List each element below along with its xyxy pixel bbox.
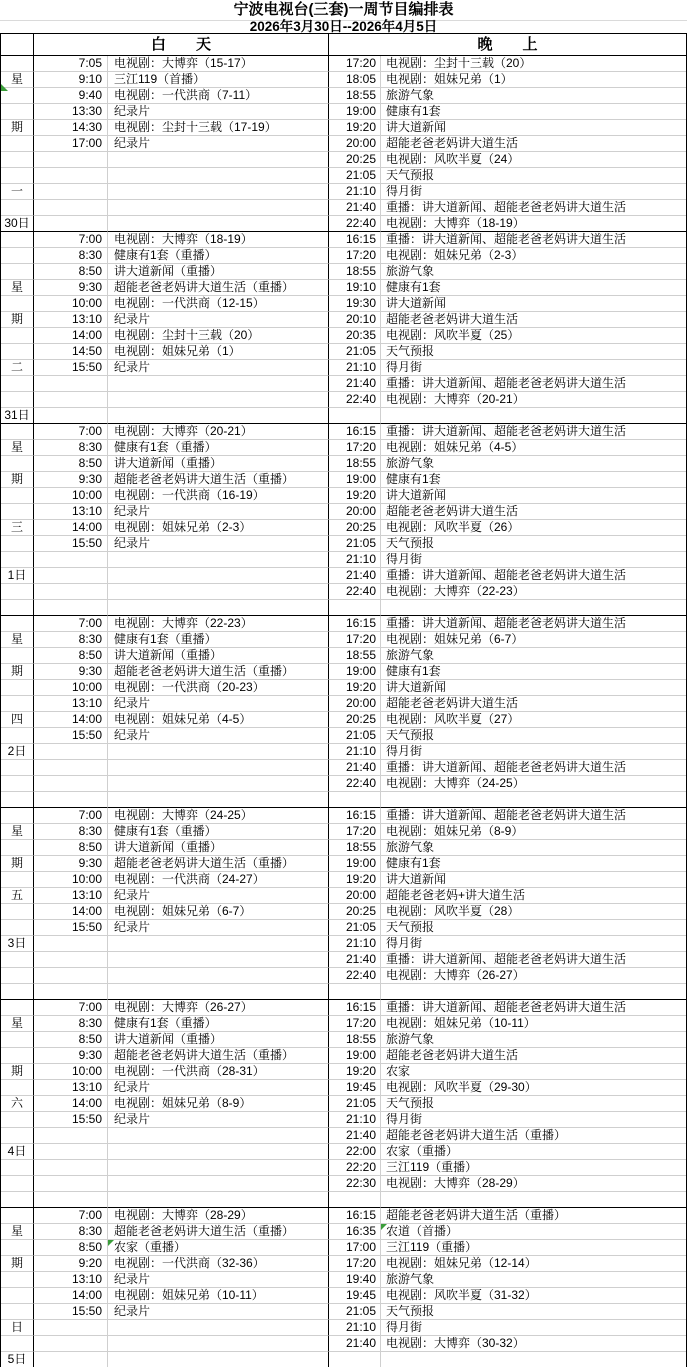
time-cell[interactable]: 20:35 — [329, 328, 381, 344]
time-cell[interactable] — [34, 408, 108, 424]
time-cell[interactable]: 7:00 — [34, 616, 108, 632]
program-cell[interactable]: 电视剧：一代洪商（24-27） — [108, 872, 329, 888]
program-cell[interactable] — [381, 408, 686, 424]
day-label-cell[interactable]: 六 — [1, 1096, 34, 1112]
time-cell[interactable]: 14:00 — [34, 1096, 108, 1112]
time-cell[interactable]: 17:20 — [329, 824, 381, 840]
program-cell[interactable]: 健康有1套 — [381, 472, 686, 488]
time-cell[interactable] — [34, 152, 108, 168]
time-cell[interactable]: 8:30 — [34, 1016, 108, 1032]
program-cell[interactable]: 电视剧：大博弈（24-25） — [108, 808, 329, 824]
day-label-cell[interactable] — [1, 584, 34, 600]
time-cell[interactable]: 7:00 — [34, 424, 108, 440]
time-cell[interactable]: 19:00 — [329, 856, 381, 872]
program-cell[interactable]: 讲大道新闻（重播） — [108, 456, 329, 472]
program-cell[interactable]: 纪录片 — [108, 504, 329, 520]
time-cell[interactable]: 20:00 — [329, 136, 381, 152]
program-cell[interactable]: 健康有1套 — [381, 104, 686, 120]
program-cell[interactable]: 电视剧：大博弈（26-27） — [108, 1000, 329, 1016]
program-cell[interactable] — [108, 968, 329, 984]
day-label-cell[interactable]: 日 — [1, 1320, 34, 1336]
time-cell[interactable]: 19:30 — [329, 296, 381, 312]
day-label-cell[interactable] — [1, 680, 34, 696]
time-cell[interactable] — [34, 568, 108, 584]
program-cell[interactable] — [381, 984, 686, 1000]
time-cell[interactable]: 15:50 — [34, 1112, 108, 1128]
program-cell[interactable]: 电视剧：姐妹兄弟（1） — [108, 344, 329, 360]
time-cell[interactable]: 20:10 — [329, 312, 381, 328]
program-cell[interactable]: 电视剧：姐妹兄弟（6-7） — [108, 904, 329, 920]
day-label-cell[interactable] — [1, 1128, 34, 1144]
time-cell[interactable]: 7:00 — [34, 1000, 108, 1016]
program-cell[interactable]: 超能老爸老妈讲大道生活（重播） — [108, 1224, 329, 1240]
program-cell[interactable]: 旅游气象 — [381, 88, 686, 104]
time-cell[interactable] — [34, 952, 108, 968]
time-cell[interactable]: 22:40 — [329, 216, 381, 232]
day-label-cell[interactable] — [1, 1176, 34, 1192]
program-cell[interactable]: 健康有1套（重播） — [108, 824, 329, 840]
program-cell[interactable]: 三江119（重播） — [381, 1240, 686, 1256]
day-label-cell[interactable]: 一 — [1, 184, 34, 200]
program-cell[interactable]: 电视剧：大博弈（20-21） — [381, 392, 686, 408]
day-label-cell[interactable] — [1, 392, 34, 408]
time-cell[interactable]: 7:00 — [34, 232, 108, 248]
time-cell[interactable]: 8:50 — [34, 648, 108, 664]
program-cell[interactable]: 天气预报 — [381, 536, 686, 552]
program-cell[interactable]: 超能老爸老妈讲大道生活（重播） — [108, 1048, 329, 1064]
program-cell[interactable]: 纪录片 — [108, 312, 329, 328]
time-cell[interactable]: 22:40 — [329, 392, 381, 408]
time-cell[interactable] — [329, 792, 381, 808]
day-label-cell[interactable] — [1, 616, 34, 632]
program-cell[interactable]: 旅游气象 — [381, 840, 686, 856]
program-cell[interactable]: 电视剧：大博弈（20-21） — [108, 424, 329, 440]
day-label-cell[interactable]: 星 — [1, 1016, 34, 1032]
time-cell[interactable] — [34, 584, 108, 600]
time-cell[interactable] — [34, 1352, 108, 1367]
day-label-cell[interactable] — [1, 1240, 34, 1256]
time-cell[interactable]: 21:40 — [329, 1336, 381, 1352]
time-cell[interactable]: 21:10 — [329, 936, 381, 952]
program-cell[interactable]: 讲大道新闻 — [381, 872, 686, 888]
time-cell[interactable]: 10:00 — [34, 680, 108, 696]
program-cell[interactable]: 天气预报 — [381, 920, 686, 936]
day-label-cell[interactable]: 星 — [1, 1224, 34, 1240]
program-cell[interactable]: 天气预报 — [381, 1096, 686, 1112]
time-cell[interactable]: 17:20 — [329, 440, 381, 456]
program-cell[interactable]: 超能老爸老妈讲大道生活（重播） — [108, 472, 329, 488]
program-cell[interactable]: 旅游气象 — [381, 456, 686, 472]
time-cell[interactable]: 16:35 — [329, 1224, 381, 1240]
program-cell[interactable]: 重播：讲大道新闻、超能老爸老妈讲大道生活 — [381, 1000, 686, 1016]
program-cell[interactable] — [108, 1192, 329, 1208]
program-cell[interactable]: 重播：讲大道新闻、超能老爸老妈讲大道生活 — [381, 232, 686, 248]
time-cell[interactable]: 18:55 — [329, 648, 381, 664]
day-label-cell[interactable]: 星 — [1, 824, 34, 840]
day-label-cell[interactable] — [1, 648, 34, 664]
program-cell[interactable]: 重播：讲大道新闻、超能老爸老妈讲大道生活 — [381, 424, 686, 440]
program-cell[interactable]: 纪录片 — [108, 888, 329, 904]
day-label-cell[interactable] — [1, 1208, 34, 1224]
program-cell[interactable]: 电视剧：风吹半夏（24） — [381, 152, 686, 168]
program-cell[interactable] — [108, 568, 329, 584]
program-cell[interactable]: 电视剧：姐妹兄弟（8-9） — [381, 824, 686, 840]
day-label-cell[interactable]: 三 — [1, 520, 34, 536]
program-cell[interactable] — [108, 552, 329, 568]
time-cell[interactable] — [34, 1144, 108, 1160]
time-cell[interactable]: 19:00 — [329, 664, 381, 680]
time-cell[interactable]: 17:00 — [329, 1240, 381, 1256]
time-cell[interactable]: 18:05 — [329, 72, 381, 88]
program-cell[interactable]: 超能老爸老妈讲大道生活（重播） — [381, 1208, 686, 1224]
program-cell[interactable]: 健康有1套 — [381, 280, 686, 296]
time-cell[interactable] — [329, 600, 381, 616]
time-cell[interactable]: 15:50 — [34, 728, 108, 744]
time-cell[interactable] — [329, 1192, 381, 1208]
program-cell[interactable]: 农家（重播） — [381, 1144, 686, 1160]
program-cell[interactable]: 纪录片 — [108, 696, 329, 712]
time-cell[interactable]: 7:00 — [34, 1208, 108, 1224]
day-label-cell[interactable] — [1, 344, 34, 360]
time-cell[interactable]: 8:30 — [34, 632, 108, 648]
time-cell[interactable]: 21:05 — [329, 920, 381, 936]
time-cell[interactable]: 21:05 — [329, 728, 381, 744]
day-label-cell[interactable] — [1, 200, 34, 216]
program-cell[interactable]: 讲大道新闻 — [381, 120, 686, 136]
time-cell[interactable]: 22:40 — [329, 776, 381, 792]
day-label-cell[interactable] — [1, 1272, 34, 1288]
day-label-cell[interactable] — [1, 776, 34, 792]
time-cell[interactable]: 13:10 — [34, 888, 108, 904]
program-cell[interactable] — [108, 1320, 329, 1336]
time-cell[interactable]: 22:20 — [329, 1160, 381, 1176]
program-cell[interactable]: 健康有1套 — [381, 856, 686, 872]
time-cell[interactable] — [34, 600, 108, 616]
time-cell[interactable]: 8:50 — [34, 840, 108, 856]
time-cell[interactable]: 13:10 — [34, 504, 108, 520]
day-label-cell[interactable]: 四 — [1, 712, 34, 728]
program-cell[interactable]: 重播：讲大道新闻、超能老爸老妈讲大道生活 — [381, 200, 686, 216]
program-cell[interactable] — [108, 760, 329, 776]
time-cell[interactable]: 9:10 — [34, 72, 108, 88]
day-label-cell[interactable]: 星 — [1, 280, 34, 296]
time-cell[interactable]: 9:30 — [34, 1048, 108, 1064]
program-cell[interactable] — [108, 952, 329, 968]
program-cell[interactable]: 农家 — [381, 1064, 686, 1080]
time-cell[interactable]: 8:50 — [34, 1032, 108, 1048]
time-cell[interactable]: 13:10 — [34, 1080, 108, 1096]
program-cell[interactable]: 电视剧：姐妹兄弟（10-11） — [381, 1016, 686, 1032]
time-cell[interactable] — [34, 1320, 108, 1336]
program-cell[interactable]: 电视剧：大博弈（26-27） — [381, 968, 686, 984]
program-cell[interactable] — [108, 584, 329, 600]
program-cell[interactable]: 电视剧：姐妹兄弟（1） — [381, 72, 686, 88]
time-cell[interactable]: 16:15 — [329, 616, 381, 632]
program-cell[interactable]: 电视剧：大博弈（22-23） — [381, 584, 686, 600]
program-cell[interactable]: 农道（首播） — [381, 1224, 686, 1240]
time-cell[interactable]: 21:10 — [329, 184, 381, 200]
day-label-cell[interactable] — [1, 136, 34, 152]
day-label-cell[interactable] — [1, 1160, 34, 1176]
program-cell[interactable] — [108, 936, 329, 952]
program-cell[interactable]: 讲大道新闻（重播） — [108, 264, 329, 280]
time-cell[interactable]: 16:15 — [329, 232, 381, 248]
time-cell[interactable]: 19:00 — [329, 104, 381, 120]
time-cell[interactable]: 13:30 — [34, 104, 108, 120]
time-cell[interactable]: 18:55 — [329, 264, 381, 280]
day-label-cell[interactable] — [1, 984, 34, 1000]
program-cell[interactable]: 电视剧：大博弈（18-19） — [381, 216, 686, 232]
time-cell[interactable]: 8:30 — [34, 1224, 108, 1240]
program-cell[interactable]: 纪录片 — [108, 136, 329, 152]
time-cell[interactable]: 17:20 — [329, 1256, 381, 1272]
program-cell[interactable]: 电视剧：风吹半夏（25） — [381, 328, 686, 344]
program-cell[interactable]: 电视剧：大博弈（30-32） — [381, 1336, 686, 1352]
time-cell[interactable]: 20:25 — [329, 712, 381, 728]
day-label-cell[interactable] — [1, 104, 34, 120]
program-cell[interactable]: 重播：讲大道新闻、超能老爸老妈讲大道生活 — [381, 808, 686, 824]
program-cell[interactable] — [381, 600, 686, 616]
time-cell[interactable]: 15:50 — [34, 536, 108, 552]
time-cell[interactable]: 15:50 — [34, 360, 108, 376]
program-cell[interactable] — [108, 792, 329, 808]
program-cell[interactable]: 电视剧：风吹半夏（28） — [381, 904, 686, 920]
time-cell[interactable]: 19:40 — [329, 1272, 381, 1288]
program-cell[interactable]: 得月街 — [381, 360, 686, 376]
program-cell[interactable]: 讲大道新闻 — [381, 680, 686, 696]
program-cell[interactable] — [108, 408, 329, 424]
time-cell[interactable]: 21:10 — [329, 744, 381, 760]
time-cell[interactable]: 8:50 — [34, 456, 108, 472]
day-label-cell[interactable]: 5日 — [1, 1352, 34, 1367]
program-cell[interactable]: 得月街 — [381, 744, 686, 760]
time-cell[interactable]: 17:20 — [329, 632, 381, 648]
time-cell[interactable]: 14:00 — [34, 712, 108, 728]
time-cell[interactable]: 19:20 — [329, 1064, 381, 1080]
day-label-cell[interactable]: 期 — [1, 664, 34, 680]
time-cell[interactable]: 16:15 — [329, 808, 381, 824]
program-cell[interactable] — [108, 168, 329, 184]
day-label-cell[interactable] — [1, 504, 34, 520]
time-cell[interactable]: 20:00 — [329, 888, 381, 904]
day-label-cell[interactable] — [1, 456, 34, 472]
time-cell[interactable]: 8:50 — [34, 264, 108, 280]
day-label-cell[interactable] — [1, 1288, 34, 1304]
time-cell[interactable]: 21:40 — [329, 568, 381, 584]
time-cell[interactable]: 9:40 — [34, 88, 108, 104]
program-cell[interactable]: 超能老爸老妈讲大道生活 — [381, 696, 686, 712]
program-cell[interactable]: 电视剧：风吹半夏（27） — [381, 712, 686, 728]
day-label-cell[interactable] — [1, 264, 34, 280]
program-cell[interactable] — [108, 200, 329, 216]
program-cell[interactable]: 重播：讲大道新闻、超能老爸老妈讲大道生活 — [381, 568, 686, 584]
day-label-cell[interactable] — [1, 376, 34, 392]
day-label-cell[interactable] — [1, 1336, 34, 1352]
program-cell[interactable]: 电视剧：一代洪商（20-23） — [108, 680, 329, 696]
program-cell[interactable]: 电视剧：大博弈（28-29） — [381, 1176, 686, 1192]
program-cell[interactable] — [108, 152, 329, 168]
program-cell[interactable]: 电视剧：大博弈（28-29） — [108, 1208, 329, 1224]
program-cell[interactable]: 纪录片 — [108, 1304, 329, 1320]
time-cell[interactable]: 9:30 — [34, 472, 108, 488]
program-cell[interactable]: 电视剧：姐妹兄弟（2-3） — [381, 248, 686, 264]
program-cell[interactable]: 旅游气象 — [381, 1272, 686, 1288]
time-cell[interactable]: 20:00 — [329, 504, 381, 520]
day-label-cell[interactable] — [1, 1304, 34, 1320]
time-cell[interactable]: 19:20 — [329, 680, 381, 696]
day-label-cell[interactable] — [1, 536, 34, 552]
time-cell[interactable] — [34, 1160, 108, 1176]
time-cell[interactable]: 14:00 — [34, 1288, 108, 1304]
program-cell[interactable]: 旅游气象 — [381, 648, 686, 664]
time-cell[interactable]: 8:30 — [34, 824, 108, 840]
time-cell[interactable]: 20:25 — [329, 520, 381, 536]
day-label-cell[interactable]: 31日 — [1, 408, 34, 424]
program-cell[interactable]: 讲大道新闻 — [381, 488, 686, 504]
day-label-cell[interactable] — [1, 920, 34, 936]
program-cell[interactable]: 农家（重播） — [108, 1240, 329, 1256]
program-cell[interactable]: 电视剧：一代洪商（12-15） — [108, 296, 329, 312]
time-cell[interactable]: 19:20 — [329, 872, 381, 888]
time-cell[interactable]: 21:40 — [329, 376, 381, 392]
program-cell[interactable] — [108, 1336, 329, 1352]
day-label-cell[interactable] — [1, 904, 34, 920]
day-label-cell[interactable] — [1, 1192, 34, 1208]
program-cell[interactable]: 电视剧：一代洪商（32-36） — [108, 1256, 329, 1272]
time-cell[interactable]: 19:45 — [329, 1080, 381, 1096]
time-cell[interactable]: 17:20 — [329, 1016, 381, 1032]
program-cell[interactable] — [108, 1160, 329, 1176]
time-cell[interactable]: 20:00 — [329, 696, 381, 712]
time-cell[interactable]: 10:00 — [34, 1064, 108, 1080]
time-cell[interactable]: 22:30 — [329, 1176, 381, 1192]
day-label-cell[interactable]: 30日 — [1, 216, 34, 232]
program-cell[interactable] — [108, 1352, 329, 1367]
time-cell[interactable] — [34, 760, 108, 776]
program-cell[interactable]: 电视剧：风吹半夏（29-30） — [381, 1080, 686, 1096]
program-cell[interactable] — [381, 1192, 686, 1208]
time-cell[interactable] — [329, 1352, 381, 1367]
program-cell[interactable]: 电视剧：风吹半夏（26） — [381, 520, 686, 536]
program-cell[interactable]: 得月街 — [381, 1112, 686, 1128]
time-cell[interactable]: 15:50 — [34, 1304, 108, 1320]
time-cell[interactable]: 14:30 — [34, 120, 108, 136]
program-cell[interactable]: 超能老爸老妈讲大道生活（重播） — [108, 856, 329, 872]
program-cell[interactable]: 电视剧：尘封十三载（20） — [108, 328, 329, 344]
time-cell[interactable]: 17:20 — [329, 56, 381, 72]
day-label-cell[interactable]: 3日 — [1, 936, 34, 952]
program-cell[interactable]: 天气预报 — [381, 1304, 686, 1320]
time-cell[interactable]: 20:25 — [329, 904, 381, 920]
program-cell[interactable]: 讲大道新闻 — [381, 296, 686, 312]
day-label-cell[interactable]: 期 — [1, 1064, 34, 1080]
program-cell[interactable] — [381, 792, 686, 808]
time-cell[interactable]: 19:10 — [329, 280, 381, 296]
time-cell[interactable]: 21:05 — [329, 1304, 381, 1320]
time-cell[interactable] — [34, 936, 108, 952]
program-cell[interactable]: 超能老爸老妈讲大道生活（重播） — [381, 1128, 686, 1144]
day-label-cell[interactable]: 1日 — [1, 568, 34, 584]
time-cell[interactable]: 20:25 — [329, 152, 381, 168]
time-cell[interactable]: 22:40 — [329, 584, 381, 600]
time-cell[interactable] — [329, 984, 381, 1000]
program-cell[interactable]: 电视剧：风吹半夏（31-32） — [381, 1288, 686, 1304]
time-cell[interactable]: 18:55 — [329, 456, 381, 472]
time-cell[interactable] — [34, 1192, 108, 1208]
program-cell[interactable]: 健康有1套（重播） — [108, 632, 329, 648]
day-label-cell[interactable] — [1, 952, 34, 968]
day-label-cell[interactable] — [1, 696, 34, 712]
time-cell[interactable]: 21:10 — [329, 360, 381, 376]
time-cell[interactable]: 18:55 — [329, 88, 381, 104]
time-cell[interactable]: 19:20 — [329, 488, 381, 504]
program-cell[interactable]: 三江119（重播） — [381, 1160, 686, 1176]
program-cell[interactable]: 电视剧：姐妹兄弟（12-14） — [381, 1256, 686, 1272]
time-cell[interactable]: 10:00 — [34, 296, 108, 312]
program-cell[interactable] — [108, 1128, 329, 1144]
time-cell[interactable]: 21:05 — [329, 1096, 381, 1112]
program-cell[interactable]: 电视剧：大博弈（22-23） — [108, 616, 329, 632]
time-cell[interactable]: 13:10 — [34, 312, 108, 328]
program-cell[interactable]: 重播：讲大道新闻、超能老爸老妈讲大道生活 — [381, 376, 686, 392]
program-cell[interactable] — [108, 1144, 329, 1160]
program-cell[interactable]: 得月街 — [381, 184, 686, 200]
day-label-cell[interactable]: 期 — [1, 472, 34, 488]
day-label-cell[interactable] — [1, 1000, 34, 1016]
program-cell[interactable]: 旅游气象 — [381, 1032, 686, 1048]
time-cell[interactable]: 22:00 — [329, 1144, 381, 1160]
time-cell[interactable] — [34, 216, 108, 232]
program-cell[interactable]: 纪录片 — [108, 536, 329, 552]
day-label-cell[interactable] — [1, 600, 34, 616]
program-cell[interactable]: 超能老爸老妈讲大道生活（重播） — [108, 280, 329, 296]
time-cell[interactable] — [34, 1128, 108, 1144]
day-label-cell[interactable] — [1, 1080, 34, 1096]
day-label-cell[interactable]: 期 — [1, 1256, 34, 1272]
time-cell[interactable] — [34, 792, 108, 808]
program-cell[interactable]: 天气预报 — [381, 168, 686, 184]
time-cell[interactable]: 18:55 — [329, 1032, 381, 1048]
time-cell[interactable]: 8:30 — [34, 248, 108, 264]
program-cell[interactable]: 得月街 — [381, 1320, 686, 1336]
program-cell[interactable]: 健康有1套（重播） — [108, 440, 329, 456]
day-label-cell[interactable] — [1, 248, 34, 264]
time-cell[interactable]: 13:10 — [34, 696, 108, 712]
time-cell[interactable]: 19:00 — [329, 1048, 381, 1064]
time-cell[interactable]: 16:15 — [329, 1208, 381, 1224]
time-cell[interactable] — [34, 552, 108, 568]
program-cell[interactable] — [108, 392, 329, 408]
day-label-cell[interactable] — [1, 232, 34, 248]
program-cell[interactable]: 讲大道新闻（重播） — [108, 648, 329, 664]
time-cell[interactable]: 16:15 — [329, 424, 381, 440]
time-cell[interactable]: 17:20 — [329, 248, 381, 264]
time-cell[interactable] — [34, 984, 108, 1000]
time-cell[interactable] — [34, 1176, 108, 1192]
day-label-cell[interactable] — [1, 152, 34, 168]
time-cell[interactable]: 8:30 — [34, 440, 108, 456]
program-cell[interactable]: 讲大道新闻（重播） — [108, 1032, 329, 1048]
day-label-cell[interactable]: 期 — [1, 312, 34, 328]
time-cell[interactable]: 17:00 — [34, 136, 108, 152]
time-cell[interactable]: 14:00 — [34, 520, 108, 536]
program-cell[interactable]: 电视剧：姐妹兄弟（4-5） — [108, 712, 329, 728]
program-cell[interactable]: 重播：讲大道新闻、超能老爸老妈讲大道生活 — [381, 952, 686, 968]
program-cell[interactable] — [108, 600, 329, 616]
day-label-cell[interactable] — [1, 872, 34, 888]
program-cell[interactable]: 电视剧：姐妹兄弟（2-3） — [108, 520, 329, 536]
day-label-cell[interactable]: 星 — [1, 440, 34, 456]
